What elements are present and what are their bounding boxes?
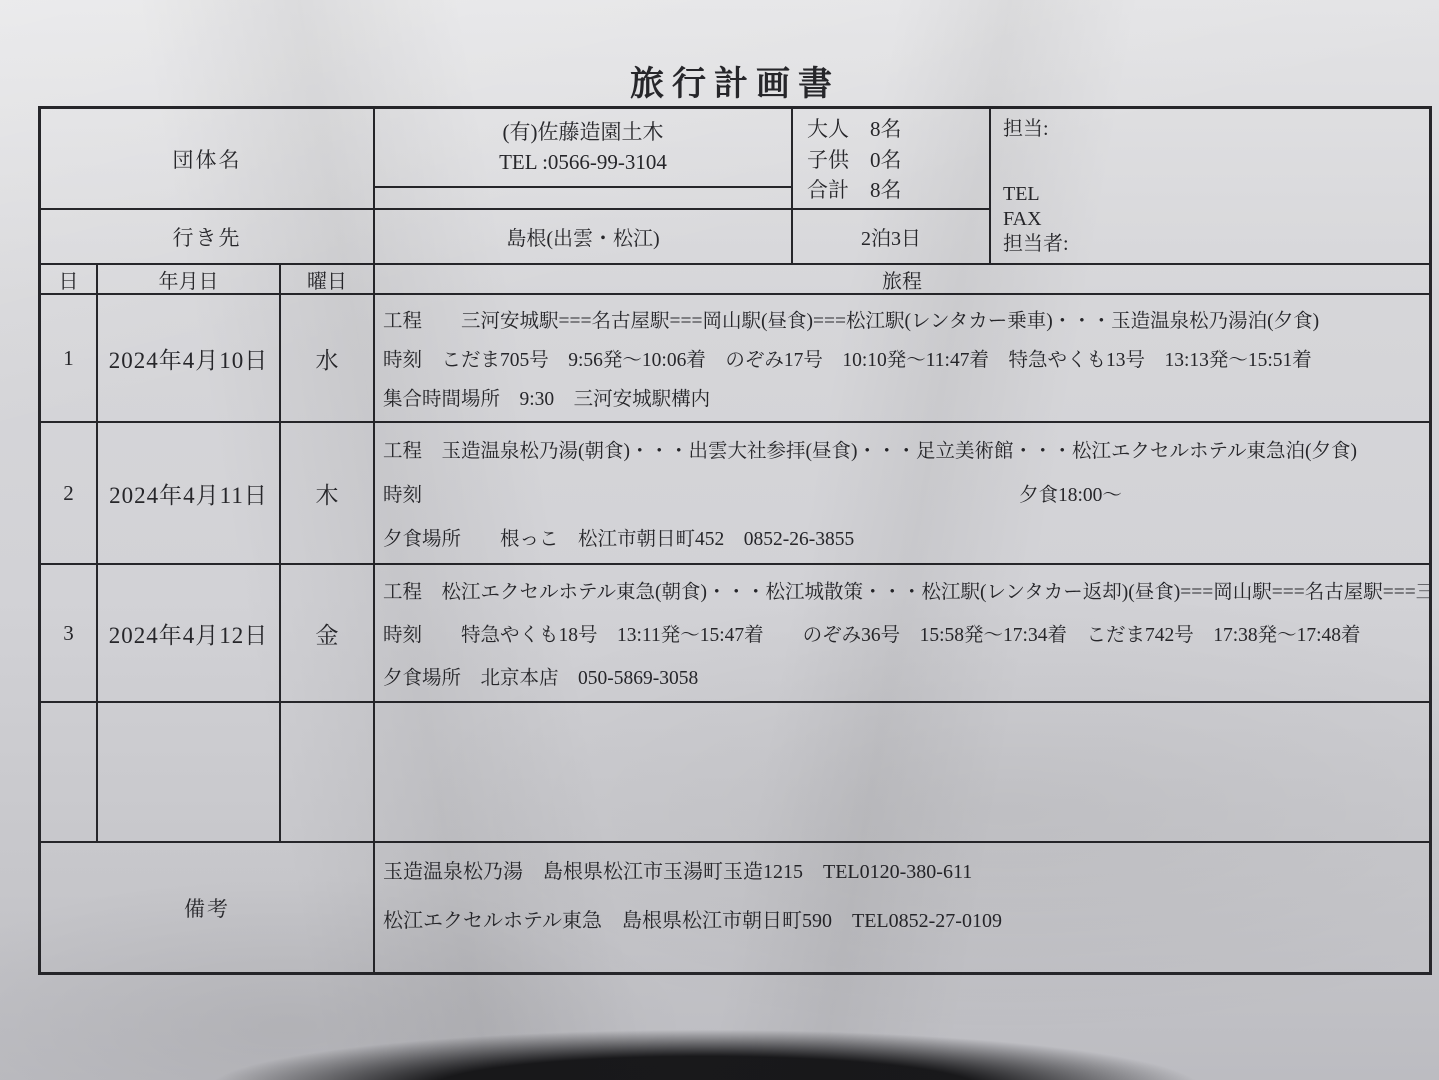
itinerary-route-line: 工程 三河安城駅===名古屋駅===岡山駅(昼食)===松江駅(レンタカー乗車)… <box>383 305 1429 333</box>
itinerary-route-line: 工程 松江エクセルホテル東急(朝食)・・・松江城散策・・・松江駅(レンタカー返却… <box>383 576 1429 604</box>
contact-tanto-label: 担当: <box>1003 117 1049 142</box>
photo-background: 旅行計画書 団体名 (有)佐藤造園土木 TEL :0566-99-3104 大人… <box>0 0 1439 1080</box>
schedule-label: 時刻 <box>383 485 422 506</box>
itinerary-schedule-line: 時刻 こだま705号 9:56発〜10:06着 のぞみ17号 10:10発〜11… <box>383 344 1429 372</box>
itinerary-dinner-place-line: 夕食場所 根っこ 松江市朝日町452 0852-26-3855 <box>383 523 1429 551</box>
col-header-itinerary: 旅程 <box>375 265 1429 295</box>
itinerary-dinner-place-line: 夕食場所 北京本店 050-5869-3058 <box>383 662 1429 690</box>
col-header-weekday: 曜日 <box>281 265 375 295</box>
destination-label-cell: 行き先 <box>41 210 375 265</box>
itinerary-route-line: 工程 玉造温泉松乃湯(朝食)・・・出雲大社参拝(昼食)・・・足立美術館・・・松江… <box>383 435 1429 463</box>
contact-tel-label: TEL <box>1003 182 1040 207</box>
itinerary-meeting-line: 集合時間場所 9:30 三河安城駅構内 <box>383 383 1429 411</box>
remarks-content-cell: 玉造温泉松乃湯 島根県松江市玉湯町玉造1215 TEL0120-380-611 … <box>375 843 1429 972</box>
itinerary-schedule-line: 時刻 特急やくも18号 13:11発〜15:47着 のぞみ36号 15:58発〜… <box>383 619 1429 647</box>
remarks-hotel1-line: 玉造温泉松乃湯 島根県松江市玉湯町玉造1215 TEL0120-380-611 <box>383 855 1429 884</box>
itinerary-cell-day2: 工程 玉造温泉松乃湯(朝食)・・・出雲大社参拝(昼食)・・・足立美術館・・・松江… <box>375 423 1429 565</box>
day-cell: 2 <box>41 423 98 565</box>
day-cell: 1 <box>41 295 98 423</box>
duration-cell: 2泊3日 <box>793 210 991 265</box>
pax-cell: 大人 8名 子供 0名 合計 8名 <box>793 109 991 210</box>
pax-adult: 大人 8名 <box>807 113 902 143</box>
group-tel: TEL :0566-99-3104 <box>499 150 667 175</box>
itinerary-cell-day3: 工程 松江エクセルホテル東急(朝食)・・・松江城散策・・・松江駅(レンタカー返却… <box>375 565 1429 703</box>
contact-tantosha-label: 担当者: <box>1003 232 1069 257</box>
destination-cell: 島根(出雲・松江) <box>375 210 793 265</box>
group-name: (有)佐藤造園土木 <box>503 120 664 145</box>
date-cell: 2024年4月10日 <box>98 295 281 423</box>
empty-weekday-cell <box>281 703 375 843</box>
empty-date-cell <box>98 703 281 843</box>
date-cell: 2024年4月12日 <box>98 565 281 703</box>
contact-fax-label: FAX <box>1003 207 1042 232</box>
col-header-day: 日 <box>41 265 98 295</box>
group-name-empty-strip <box>375 188 793 210</box>
pax-child: 子供 0名 <box>807 144 902 174</box>
day-cell: 3 <box>41 565 98 703</box>
weekday-cell: 木 <box>281 423 375 565</box>
col-header-date: 年月日 <box>98 265 281 295</box>
contact-cell: 担当: TEL FAX 担当者: <box>991 109 1429 265</box>
group-name-label-cell: 団体名 <box>41 109 375 210</box>
date-cell: 2024年4月11日 <box>98 423 281 565</box>
itinerary-cell-day1: 工程 三河安城駅===名古屋駅===岡山駅(昼食)===松江駅(レンタカー乗車)… <box>375 295 1429 423</box>
empty-itinerary-cell <box>375 703 1429 843</box>
weekday-cell: 水 <box>281 295 375 423</box>
itinerary-schedule-line: 時刻 夕食18:00〜 <box>383 479 1429 507</box>
empty-day-cell <box>41 703 98 843</box>
travel-plan-table: 団体名 (有)佐藤造園土木 TEL :0566-99-3104 大人 8名 子供… <box>38 106 1432 975</box>
document-title: 旅行計画書 <box>630 56 840 105</box>
dinner-time: 夕食18:00〜 <box>1019 479 1122 507</box>
pax-total: 合計 8名 <box>807 174 902 204</box>
paper-document: 旅行計画書 団体名 (有)佐藤造園土木 TEL :0566-99-3104 大人… <box>0 0 1439 1080</box>
group-name-cell: (有)佐藤造園土木 TEL :0566-99-3104 <box>375 109 793 188</box>
remarks-label-cell: 備考 <box>41 843 375 972</box>
weekday-cell: 金 <box>281 565 375 703</box>
remarks-hotel2-line: 松江エクセルホテル東急 島根県松江市朝日町590 TEL0852-27-0109 <box>383 904 1429 933</box>
